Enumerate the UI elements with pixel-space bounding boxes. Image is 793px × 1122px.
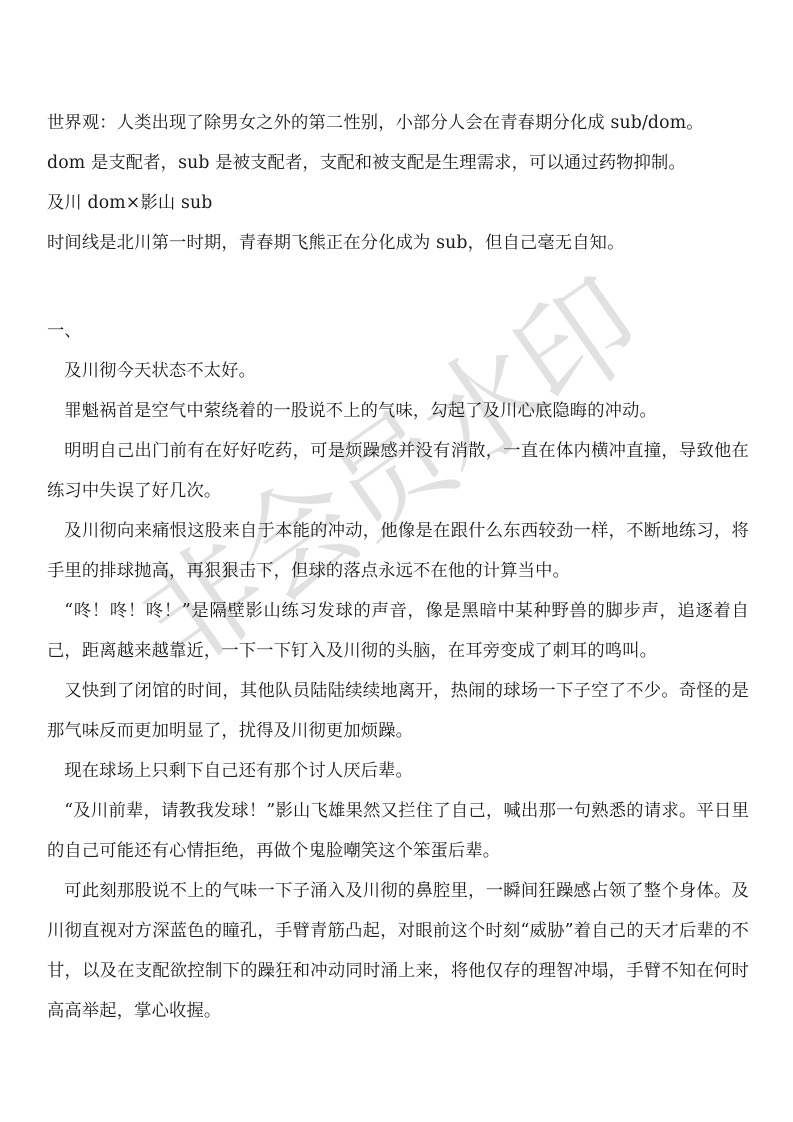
paragraph: “咚！咚！咚！”是隔壁影山练习发球的声音，像是黑暗中某种野兽的脚步声，追逐着自己… bbox=[47, 591, 749, 671]
preface-roles-line: dom 是支配者，sub 是被支配者，支配和被支配是生理需求，可以通过药物抑制。 bbox=[47, 143, 749, 183]
paragraph: 及川彻今天状态不太好。 bbox=[47, 351, 749, 391]
paragraph: 及川彻向来痛恨这股来自于本能的冲动，他像是在跟什么东西较劲一样，不断地练习，将手… bbox=[47, 511, 749, 591]
section-spacer bbox=[47, 263, 749, 311]
chapter-heading: 一、 bbox=[47, 311, 749, 351]
preface-timeline-line: 时间线是北川第一时期，青春期飞熊正在分化成为 sub，但自己毫无自知。 bbox=[47, 223, 749, 263]
paragraph: 现在球场上只剩下自己还有那个讨人厌后辈。 bbox=[47, 751, 749, 791]
document-page: 世界观：人类出现了除男女之外的第二性别，小部分人会在青春期分化成 sub/dom… bbox=[47, 103, 749, 1031]
preface-pairing-line: 及川 dom×影山 sub bbox=[47, 183, 749, 223]
paragraph: 明明自己出门前有在好好吃药，可是烦躁感并没有消散，一直在体内横冲直撞，导致他在练… bbox=[47, 431, 749, 511]
paragraph: 可此刻那股说不上的气味一下子涌入及川彻的鼻腔里，一瞬间狂躁感占领了整个身体。及川… bbox=[47, 871, 749, 1031]
preface-worldview-line: 世界观：人类出现了除男女之外的第二性别，小部分人会在青春期分化成 sub/dom… bbox=[47, 103, 749, 143]
paragraph: 又快到了闭馆的时间，其他队员陆陆续续地离开，热闹的球场一下子空了不少。奇怪的是那… bbox=[47, 671, 749, 751]
paragraph: 罪魁祸首是空气中萦绕着的一股说不上的气味，勾起了及川心底隐晦的冲动。 bbox=[47, 391, 749, 431]
paragraph: “及川前辈，请教我发球！”影山飞雄果然又拦住了自己，喊出那一句熟悉的请求。平日里… bbox=[47, 791, 749, 871]
preface-section: 世界观：人类出现了除男女之外的第二性别，小部分人会在青春期分化成 sub/dom… bbox=[47, 103, 749, 263]
chapter-body: 及川彻今天状态不太好。 罪魁祸首是空气中萦绕着的一股说不上的气味，勾起了及川心底… bbox=[47, 351, 749, 1031]
